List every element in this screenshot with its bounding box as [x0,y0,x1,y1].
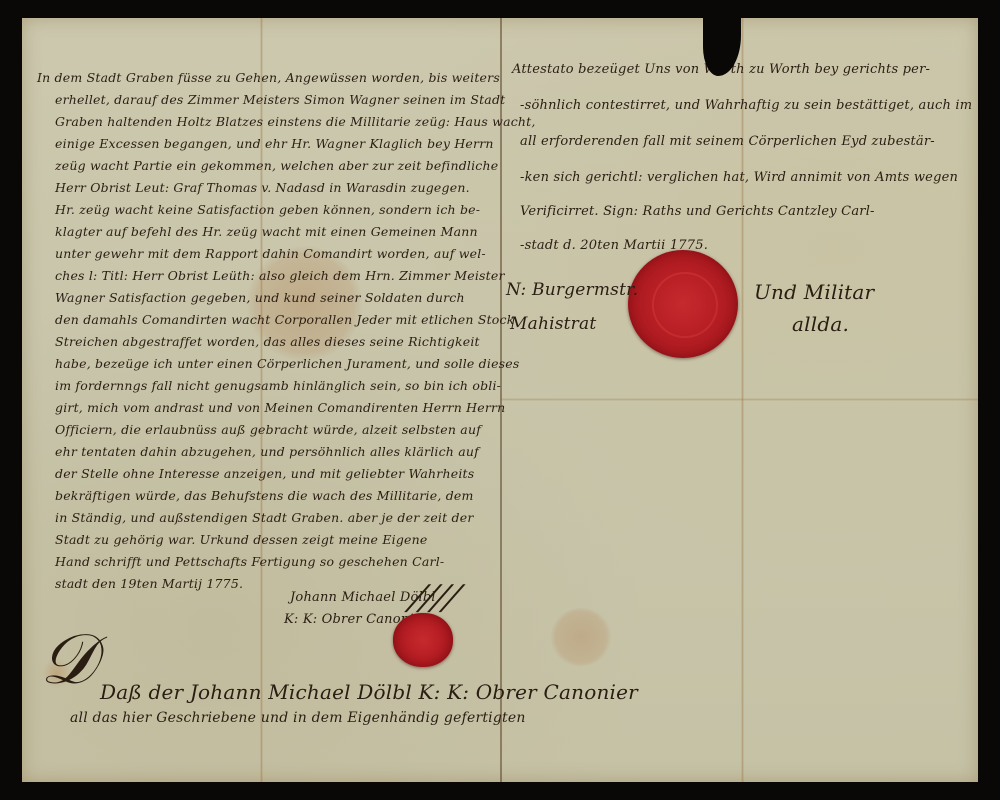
text-line: ches l: Titl: Herr Obrist Leüth: also gl… [55,268,505,283]
text-line: habe, bezeüge ich unter einen Cörperlich… [55,356,520,371]
seal-impression [652,272,718,339]
text-line: -ken sich gerichtl: verglichen hat, Wird… [520,170,958,185]
text-line: klagter auf befehl des Hr. zeüg wacht mi… [55,224,478,239]
text-line: zeüg wacht Partie ein gekommen, welchen … [55,158,498,173]
signatory-left: N: Burgermstr. [506,280,638,300]
wax-seal-small [393,613,453,667]
text-line: einige Excessen begangen, und ehr Hr. Wa… [55,136,494,151]
text-line: all erforderenden fall mit seinem Cörper… [520,134,935,149]
text-line: Stadt zu gehörig war. Urkund dessen zeig… [55,532,428,547]
stain [550,608,612,666]
text-line: ehr tentaten dahin abzugehen, und persöh… [55,444,479,459]
text-line: Graben haltenden Holtz Blatzes einstens … [55,114,536,129]
fold-line [500,398,978,401]
signature-flourish-icon: //// [405,578,465,618]
text-line: Streichen abgestraffet worden, das alles… [55,334,480,349]
text-line: stadt den 19ten Martij 1775. [55,576,243,591]
text-line: -söhnlich contestirret, und Wahrhaftig z… [520,98,972,113]
signatory-right: allda. [792,312,849,336]
text-line: Officiern, die erlaubnüss auß gebracht w… [55,422,481,437]
text-line: girt, mich vom andrast und von Meinen Co… [55,400,505,415]
text-line: der Stelle ohne Interesse anzeigen, und … [55,466,474,481]
signatory-right: Und Militar [754,280,874,304]
text-line: In dem Stadt Graben füsse zu Gehen, Ange… [37,70,500,85]
endorsement-line: all das hier Geschriebene und in dem Eig… [70,710,526,726]
text-line: bekräftigen würde, das Behufstens die wa… [55,488,474,503]
text-line: den damahls Comandirten wacht Corporalle… [55,312,515,327]
text-line: im fordernngs fall nicht genugsamb hinlä… [55,378,501,393]
text-line: erhellet, darauf des Zimmer Meisters Sim… [55,92,505,107]
text-line: Herr Obrist Leut: Graf Thomas v. Nadasd … [55,180,470,195]
initial-flourish-icon: 𝒟 [40,618,96,701]
text-line: Wagner Satisfaction gegeben, und kund se… [55,290,465,305]
manuscript-paper: In dem Stadt Graben füsse zu Gehen, Ange… [22,18,978,782]
text-line: unter gewehr mit dem Rapport dahin Coman… [55,246,486,261]
endorsement-line: Daß der Johann Michael Dölbl K: K: Obrer… [100,680,638,704]
text-line: Verificirret. Sign: Raths und Gerichts C… [520,204,875,219]
text-line: Hr. zeüg wacht keine Satisfaction geben … [55,202,480,217]
wax-seal-large [628,250,738,358]
text-line: in Ständig, und außstendigen Stadt Grabe… [55,510,474,525]
signatory-left: Mahistrat [510,314,596,334]
text-line: Hand schrifft und Pettschafts Fertigung … [55,554,444,569]
